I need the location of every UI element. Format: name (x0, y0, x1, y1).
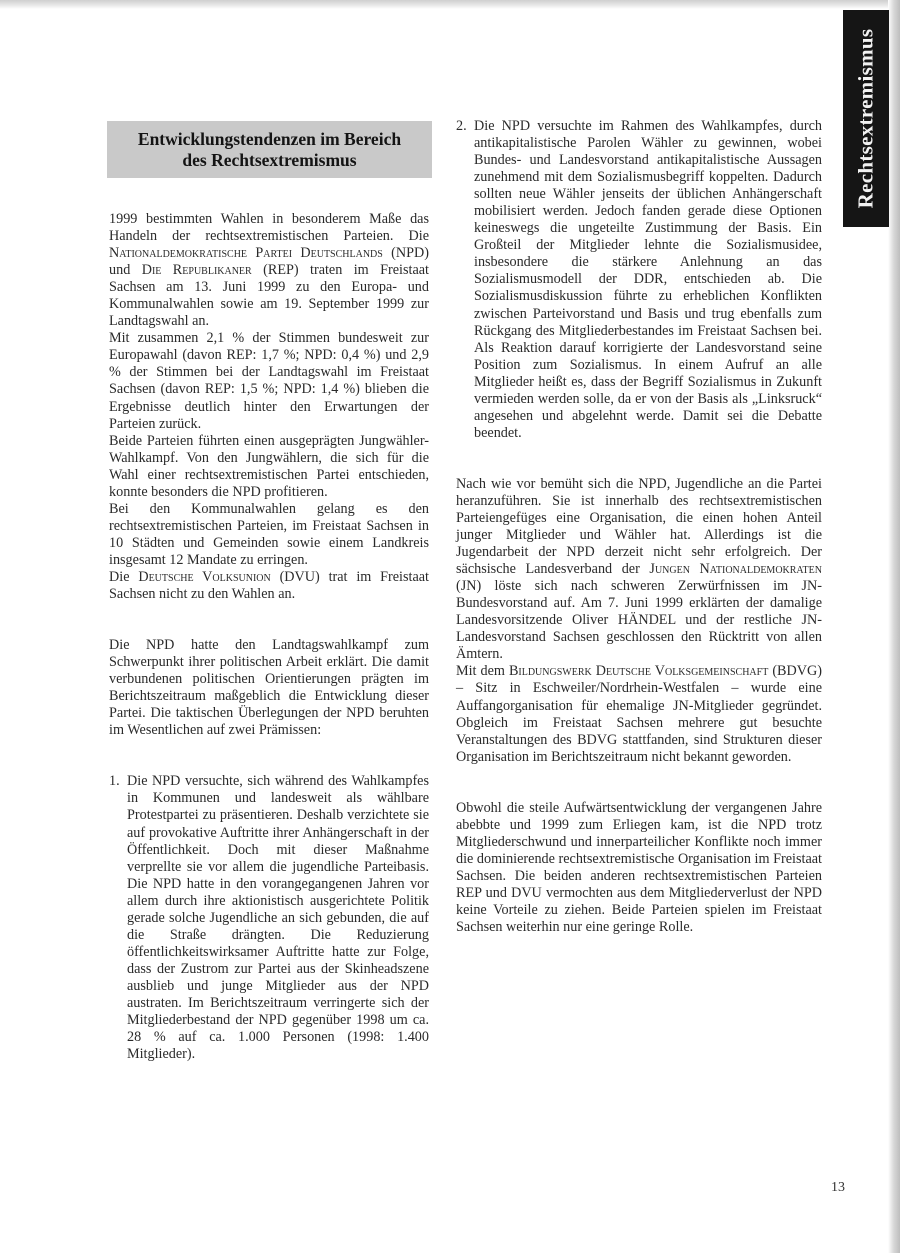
paragraph-gap (109, 620, 429, 637)
paragraph-municipal-elections: Bei den Kommunalwahlen gelang es den rec… (109, 501, 429, 569)
page-number: 13 (831, 1180, 845, 1196)
list-item-text: Die NPD versuchte, sich während des Wahl… (127, 773, 429, 1063)
page-right-edge (888, 0, 900, 1253)
list-item-premise-2: 2. Die NPD versuchte im Rahmen des Wahlk… (456, 118, 822, 442)
paragraph-elections-intro: 1999 bestimmten Wahlen in besonderem Maß… (109, 211, 429, 330)
party-name-npd: Nationaldemokratische Partei Deutschland… (109, 245, 383, 261)
list-item-premise-1: 1. Die NPD versuchte, sich während des W… (109, 773, 429, 1063)
list-item-number: 2. (456, 118, 474, 442)
section-title-line-2: des Rechtsextremismus (182, 150, 356, 171)
paragraph-gap (109, 603, 429, 620)
paragraph-conclusion: Obwohl die steile Aufwärtsentwicklung de… (456, 800, 822, 936)
paragraph-gap (456, 442, 822, 459)
section-side-tab-label: Rechtsextremismus (854, 29, 879, 209)
left-column: 1999 bestimmten Wahlen in besonderem Maß… (109, 211, 429, 1063)
paragraph-election-results: Mit zusammen 2,1 % der Stimmen bundeswei… (109, 330, 429, 432)
paragraph-gap (456, 459, 822, 476)
paragraph-npd-campaign: Die NPD hatte den Landtagswahlkampf zum … (109, 637, 429, 739)
party-name-rep: Die Republikaner (142, 262, 252, 278)
list-item-text: Die NPD versuchte im Rahmen des Wahlkamp… (474, 118, 822, 442)
party-name-dvu: Deutsche Volksunion (138, 569, 270, 585)
paragraph-bdvg: Mit dem Bildungswerk Deutsche Volksgemei… (456, 663, 822, 765)
section-title-line-1: Entwicklungstendenzen im Bereich (138, 129, 401, 150)
paragraph-dvu: Die Deutsche Volksunion (DVU) trat im Fr… (109, 569, 429, 603)
paragraph-gap (456, 783, 822, 800)
paragraph-gap (109, 756, 429, 773)
paragraph-gap (109, 739, 429, 756)
org-name-jn: Jungen Nationaldemokraten (649, 561, 822, 577)
page-top-edge (0, 0, 900, 9)
paragraph-young-voters: Beide Parteien führten einen ausgeprägte… (109, 433, 429, 501)
section-title-box: Entwicklungstendenzen im Bereich des Rec… (107, 121, 432, 178)
right-column: 2. Die NPD versuchte im Rahmen des Wahlk… (456, 118, 822, 936)
paragraph-youth-work: Nach wie vor bemüht sich die NPD, Jugend… (456, 476, 822, 664)
org-name-bdvg: Bildungswerk Deutsche Volksgemeinschaft (509, 663, 768, 679)
list-item-number: 1. (109, 773, 127, 1063)
section-side-tab: Rechtsextremismus (843, 10, 889, 227)
paragraph-gap (456, 766, 822, 783)
